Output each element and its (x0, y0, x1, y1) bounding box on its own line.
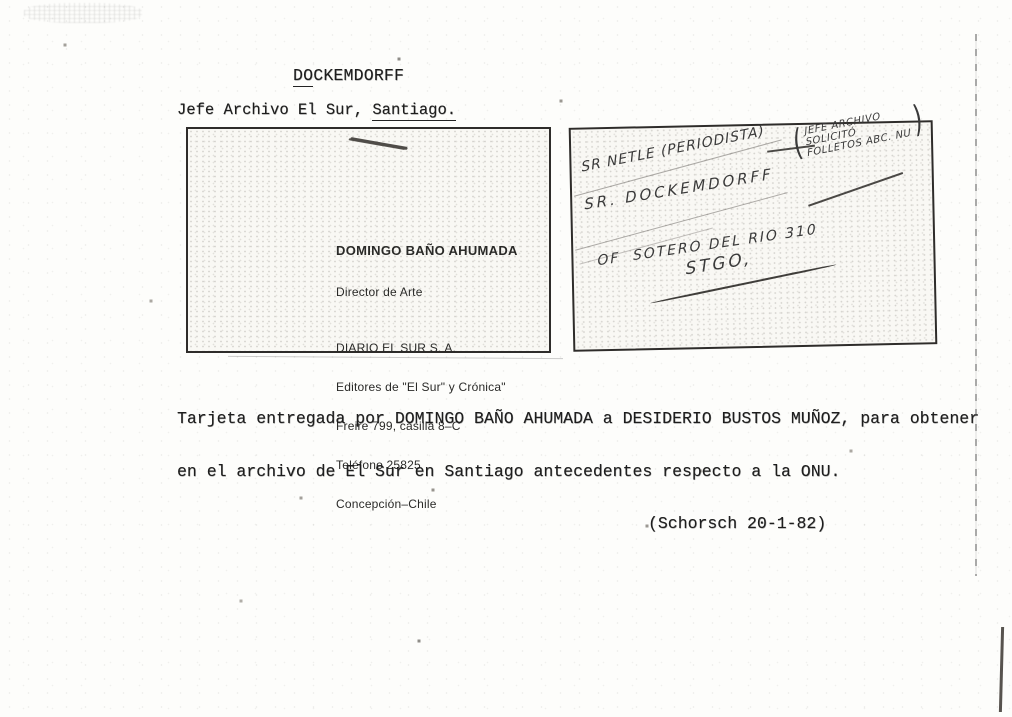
paper-specks (0, 0, 2, 2)
document-title-rest: CKEMDORFF (313, 66, 404, 85)
handwritten-underline (808, 172, 903, 207)
annotation-open-paren: ( (791, 125, 804, 163)
scan-artifact-line-right (975, 34, 977, 576)
business-card-photo: DOMINGO BAÑO AHUMADA Director de Arte DI… (186, 127, 551, 353)
caption-credit: (Schorsch 20-1-82) (177, 515, 979, 533)
handwritten-line-2: SR. DOCKEMDORFF (584, 165, 774, 214)
scan-artifact-line-corner (999, 627, 1004, 712)
document-subtitle-prefix: Jefe Archivo El Sur, (177, 101, 372, 119)
card-holder-role: Director de Arte (336, 286, 518, 299)
document-title: DOCKEMDORFF (293, 66, 404, 85)
document-subtitle: Jefe Archivo El Sur, Santiago. (177, 101, 456, 119)
handwritten-note-photo: SR NETLE (PERIODISTA) ( JEFE ARCHIVO SOL… (569, 120, 938, 352)
document-title-underlined: DO (293, 66, 313, 87)
scanned-document-page: DOCKEMDORFF Jefe Archivo El Sur, Santiag… (0, 0, 1012, 717)
caption-line-2: en el archivo de El Sur en Santiago ante… (177, 463, 979, 481)
caption-text: Tarjeta entregada por DOMINGO BAÑO AHUMA… (177, 375, 979, 568)
annotation-lines: JEFE ARCHIVO SOLICITÓ FOLLETOS ABC. NU (804, 105, 912, 158)
annotation-close-paren: ) (911, 101, 924, 139)
staple-mark (350, 137, 408, 150)
document-subtitle-underlined: Santiago. (372, 101, 456, 121)
caption-line-1: Tarjeta entregada por DOMINGO BAÑO AHUMA… (177, 410, 979, 428)
handwritten-annotation: ( JEFE ARCHIVO SOLICITÓ FOLLETOS ABC. NU… (789, 101, 927, 163)
scan-noise-smudge (24, 3, 142, 23)
card-company-name: DIARIO EL SUR S. A. (336, 342, 518, 355)
card-holder-name: DOMINGO BAÑO AHUMADA (336, 244, 518, 257)
